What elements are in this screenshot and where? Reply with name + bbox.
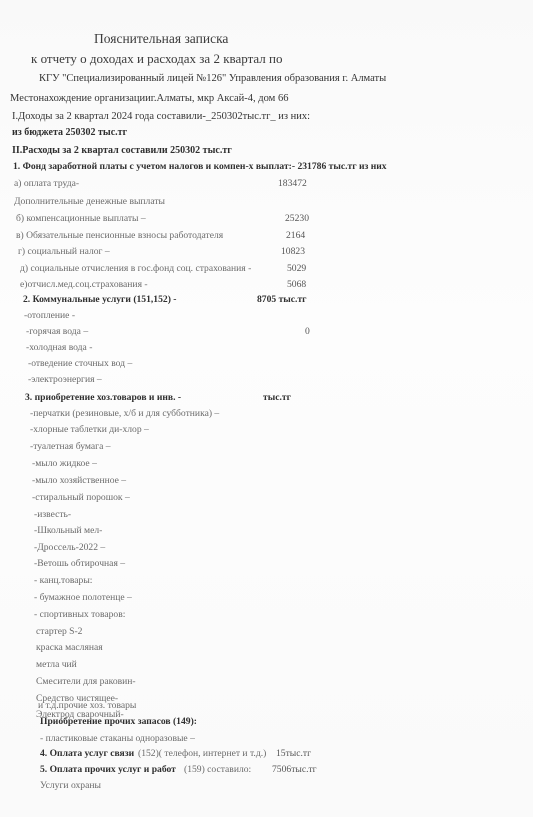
section1-item-label: в) Обязательные пенсионные взносы работо… — [16, 230, 223, 242]
section1-item-value: 5029 — [287, 263, 306, 275]
section3-item: - бумажное полотенце – — [34, 592, 132, 604]
section1-item-value: 183472 — [278, 178, 307, 190]
section5-heading: 5. Оплата прочих услуг и работ — [40, 764, 176, 776]
section3-item: -известь- — [34, 509, 71, 521]
section4-heading: 4. Оплата услуг связи — [40, 748, 134, 760]
section1-item-label: г) социальный налог – — [18, 246, 110, 258]
expenses-line: II.Расходы за 2 квартал составили 250302… — [12, 145, 232, 157]
income-line: I.Доходы за 2 квартал 2024 года составил… — [12, 111, 310, 123]
section1-item-label: а) оплата труда- — [14, 178, 79, 190]
document-title: Пояснительная записка — [94, 33, 228, 45]
section1-item-value: 5068 — [287, 279, 306, 291]
section1-heading: 1. Фонд заработной платы с учетом налого… — [13, 161, 387, 173]
section2-total: 8705 тыс.тг — [257, 294, 307, 306]
section3-item: метла чий — [36, 659, 77, 671]
section3-item: - канц.товары: — [34, 575, 92, 587]
section3-item: - спортивных товаров: — [34, 609, 125, 621]
section2-heading: 2. Коммунальные услуги (151,152) - — [23, 294, 176, 306]
section2-item-label: -горячая вода – — [26, 326, 88, 338]
section3-item: -перчатки (резиновые, х/б и для субботни… — [30, 408, 219, 420]
section5-detail: (159) составило: — [184, 764, 251, 776]
organization-location: Местонахождение организацииг.Алматы, мкр… — [10, 93, 288, 105]
section3-item: краска масляная — [36, 642, 103, 654]
section2-item-label: -отведение сточных вод – — [28, 358, 132, 370]
section5-item: Услуги охраны — [40, 780, 101, 792]
section1-item-label: е)отчисл.мед.соц.страхования - — [20, 279, 148, 291]
document-page: Пояснительная записка к отчету о доходах… — [0, 0, 533, 817]
section3-total: тыс.тг — [263, 392, 291, 404]
section2-item-value: 0 — [305, 326, 310, 338]
organization-name: КГУ "Специализированный лицей №126" Упра… — [39, 73, 386, 85]
section4-total: 15тыс.тг — [276, 748, 311, 760]
section3-item: -мыло хозяйственное – — [32, 475, 126, 487]
section3-heading: 3. приобретение хоз.товаров и инв. - — [25, 392, 181, 404]
budget-line: из бюджета 250302 тыс.тг — [12, 127, 127, 139]
section1-item-label: д) социальные отчисления в гос.фонд соц.… — [20, 263, 251, 275]
section3-item: -Школьный мел- — [34, 525, 102, 537]
section3-item: -Дроссель-2022 – — [34, 542, 105, 554]
section5-total: 7506тыс.тг — [272, 764, 317, 776]
section1-item-value: 2164 — [286, 230, 305, 242]
section3-item: -туалетная бумага – — [30, 441, 111, 453]
section3-item: Смесители для раковин- — [36, 676, 136, 688]
section2-item-label: -холодная вода - — [26, 342, 92, 354]
section3-item: -хлорные таблетки ди-хлор – — [30, 424, 149, 436]
section1-item-value: 25230 — [285, 213, 309, 225]
section3-item: -Ветошь обтирочная – — [34, 558, 125, 570]
section3-item: -мыло жидкое – — [32, 458, 97, 470]
section1-item-label: б) компенсационные выплаты – — [16, 213, 146, 225]
section2-item-label: -электроэнергия – — [28, 374, 102, 386]
section3-item: стартер S-2 — [36, 626, 82, 638]
section3-item: и т.д.прочие хоз. товары — [38, 700, 136, 712]
section1-item-label: Дополнительные денежные выплаты — [14, 196, 165, 208]
section1-item-value: 10823 — [281, 246, 305, 258]
other-stock-heading: Приобретение прочих запасов (149): — [40, 716, 197, 728]
section4-detail: (152)( телефон, интернет и т.д.) — [138, 748, 266, 760]
section2-item-label: -отопление - — [24, 310, 75, 322]
section3-item: -стиральный порошок – — [32, 492, 130, 504]
document-subtitle: к отчету о доходах и расходах за 2 кварт… — [31, 53, 283, 65]
other-stock-item: - пластиковые стаканы одноразовые – — [40, 733, 195, 745]
